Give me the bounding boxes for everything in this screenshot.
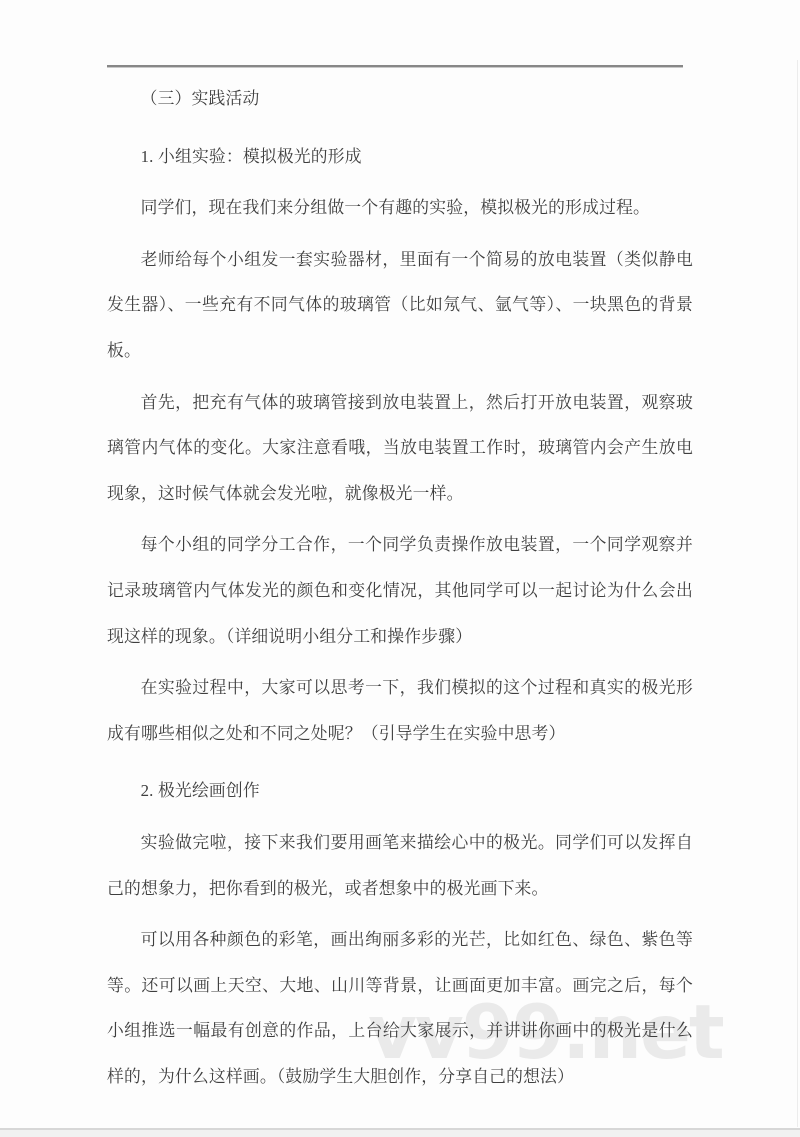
- paragraph: 实验做完啦，接下来我们要用画笔来描绘心中的极光。同学们可以发挥自己的想象力，把你…: [107, 820, 693, 911]
- section-heading: （三）实践活动: [107, 76, 693, 122]
- activity-2-heading: 2. 极光绘画创作: [107, 768, 693, 814]
- paragraph: 首先，把充有气体的玻璃管接到放电装置上，然后打开放电装置，观察玻璃管内气体的变化…: [107, 380, 693, 517]
- page-right-edge: [797, 60, 798, 1127]
- activity-1-heading: 1. 小组实验：模拟极光的形成: [107, 134, 693, 180]
- header-rule: [107, 65, 683, 67]
- page-bottom-edge: [0, 1128, 800, 1137]
- paragraph: 可以用各种颜色的彩笔，画出绚丽多彩的光芒，比如红色、绿色、紫色等等。还可以画上天…: [107, 917, 693, 1099]
- document-content: （三）实践活动 1. 小组实验：模拟极光的形成 同学们，现在我们来分组做一个有趣…: [107, 65, 693, 1099]
- paragraph: 同学们，现在我们来分组做一个有趣的实验，模拟极光的形成过程。: [107, 185, 693, 231]
- document-page: vv99.net （三）实践活动 1. 小组实验：模拟极光的形成 同学们，现在我…: [0, 0, 800, 1137]
- paragraph: 老师给每个小组发一套实验器材，里面有一个简易的放电装置（类似静电发生器）、一些充…: [107, 237, 693, 374]
- paragraph: 每个小组的同学分工合作，一个同学负责操作放电装置，一个同学观察并记录玻璃管内气体…: [107, 522, 693, 659]
- paragraph: 在实验过程中，大家可以思考一下，我们模拟的这个过程和真实的极光形成有哪些相似之处…: [107, 665, 693, 756]
